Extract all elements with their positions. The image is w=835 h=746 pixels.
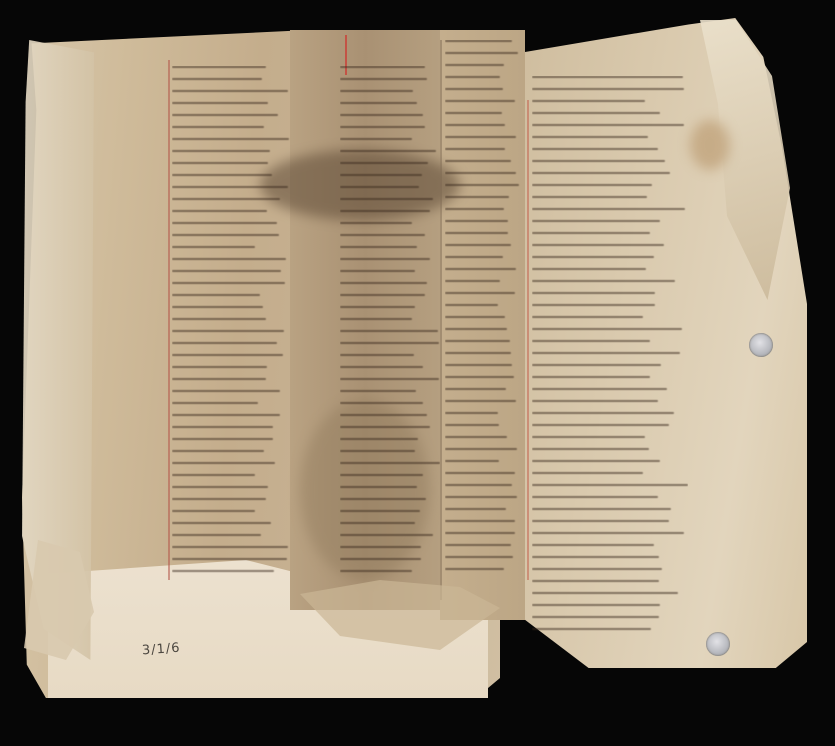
script-line xyxy=(172,210,267,212)
script-line xyxy=(532,208,685,210)
script-line xyxy=(445,244,511,246)
script-line xyxy=(172,318,266,320)
script-line xyxy=(532,112,660,114)
script-line xyxy=(172,438,273,440)
script-line xyxy=(445,544,511,546)
script-line xyxy=(532,424,669,426)
script-line xyxy=(532,436,645,438)
script-line xyxy=(445,364,512,366)
script-line xyxy=(340,402,423,404)
script-line xyxy=(532,412,674,414)
fold-line xyxy=(440,40,442,600)
script-line xyxy=(340,414,427,416)
script-line xyxy=(445,388,506,390)
script-line xyxy=(340,486,417,488)
script-line xyxy=(532,364,661,366)
script-line xyxy=(445,352,511,354)
script-line xyxy=(532,316,643,318)
script-line xyxy=(445,304,498,306)
script-line xyxy=(532,532,684,534)
script-line xyxy=(172,186,288,188)
script-line xyxy=(532,508,671,510)
script-line xyxy=(340,138,412,140)
script-line xyxy=(340,66,425,68)
script-line xyxy=(172,102,268,104)
script-line xyxy=(532,388,667,390)
script-line xyxy=(445,340,510,342)
script-line xyxy=(340,102,417,104)
script-line xyxy=(172,174,272,176)
script-line xyxy=(340,198,433,200)
script-line xyxy=(445,184,519,186)
script-line xyxy=(532,376,650,378)
script-line xyxy=(532,124,684,126)
script-line xyxy=(445,172,516,174)
script-line xyxy=(445,40,512,42)
script-line xyxy=(340,246,417,248)
script-line xyxy=(340,294,425,296)
script-line xyxy=(445,328,507,330)
script-line xyxy=(340,318,412,320)
script-line xyxy=(172,546,288,548)
script-line xyxy=(445,196,509,198)
script-line xyxy=(172,342,277,344)
script-line xyxy=(340,210,430,212)
script-line xyxy=(172,486,268,488)
script-line xyxy=(340,162,428,164)
text-column-1 xyxy=(172,66,290,586)
script-line xyxy=(172,150,270,152)
script-line xyxy=(172,126,264,128)
script-line xyxy=(445,148,505,150)
script-line xyxy=(172,282,285,284)
script-line xyxy=(340,78,427,80)
script-line xyxy=(445,76,500,78)
script-line xyxy=(532,100,645,102)
script-line xyxy=(445,160,511,162)
script-line xyxy=(445,400,516,402)
script-line xyxy=(445,508,506,510)
script-line xyxy=(445,112,502,114)
script-line xyxy=(172,258,286,260)
script-line xyxy=(340,150,436,152)
script-line xyxy=(532,544,654,546)
rubric-line xyxy=(168,60,170,580)
script-line xyxy=(172,462,275,464)
script-line xyxy=(445,448,517,450)
script-line xyxy=(340,558,421,560)
script-line xyxy=(532,448,649,450)
script-line xyxy=(532,604,660,606)
script-line xyxy=(445,52,518,54)
script-line xyxy=(172,450,264,452)
script-line xyxy=(340,426,430,428)
manuscript-photo: 3/1/6 xyxy=(0,0,835,746)
script-line xyxy=(445,100,515,102)
script-line xyxy=(340,546,421,548)
script-line xyxy=(340,366,423,368)
script-line xyxy=(172,114,278,116)
script-line xyxy=(340,534,433,536)
script-line xyxy=(532,280,675,282)
script-line xyxy=(340,258,430,260)
script-line xyxy=(340,570,412,572)
script-line xyxy=(340,510,420,512)
text-column-2 xyxy=(340,66,440,586)
script-line xyxy=(172,138,289,140)
script-line xyxy=(340,186,419,188)
script-line xyxy=(172,558,287,560)
script-line xyxy=(340,354,414,356)
script-line xyxy=(445,256,503,258)
script-line xyxy=(532,592,678,594)
text-column-3 xyxy=(445,40,520,580)
script-line xyxy=(340,390,416,392)
script-line xyxy=(532,400,658,402)
script-line xyxy=(172,426,273,428)
script-line xyxy=(532,256,654,258)
script-line xyxy=(340,282,427,284)
script-line xyxy=(445,484,512,486)
script-line xyxy=(172,306,263,308)
script-line xyxy=(445,280,500,282)
script-line xyxy=(532,220,660,222)
script-line xyxy=(340,306,415,308)
script-line xyxy=(172,498,266,500)
script-line xyxy=(445,520,515,522)
script-line xyxy=(532,196,647,198)
script-line xyxy=(532,472,643,474)
script-line xyxy=(172,294,260,296)
script-line xyxy=(445,208,504,210)
script-line xyxy=(172,330,284,332)
script-line xyxy=(172,354,283,356)
mount-hole xyxy=(706,632,730,656)
script-line xyxy=(445,424,499,426)
script-line xyxy=(172,234,279,236)
script-line xyxy=(445,412,498,414)
script-line xyxy=(340,126,425,128)
script-line xyxy=(340,498,426,500)
script-line xyxy=(445,64,504,66)
script-line xyxy=(340,342,439,344)
script-line xyxy=(532,292,655,294)
script-line xyxy=(172,510,255,512)
script-line xyxy=(172,522,271,524)
script-line xyxy=(445,556,513,558)
script-line xyxy=(532,496,658,498)
script-line xyxy=(340,474,423,476)
script-line xyxy=(340,522,415,524)
script-line xyxy=(532,616,659,618)
script-line xyxy=(445,436,507,438)
script-line xyxy=(340,222,412,224)
script-line xyxy=(532,484,688,486)
script-line xyxy=(172,414,280,416)
script-line xyxy=(172,162,268,164)
script-line xyxy=(532,172,670,174)
script-line xyxy=(172,402,258,404)
stain xyxy=(690,120,730,170)
script-line xyxy=(532,520,669,522)
script-line xyxy=(532,556,659,558)
script-line xyxy=(445,220,508,222)
script-line xyxy=(532,136,648,138)
script-line xyxy=(532,328,682,330)
script-line xyxy=(532,88,684,90)
script-line xyxy=(340,114,423,116)
script-line xyxy=(172,78,262,80)
script-line xyxy=(172,366,267,368)
script-line xyxy=(532,148,658,150)
script-line xyxy=(340,174,422,176)
script-line xyxy=(445,136,516,138)
script-line xyxy=(445,496,517,498)
script-line xyxy=(445,460,499,462)
shelf-mark: 3/1/6 xyxy=(142,641,182,659)
script-line xyxy=(532,580,659,582)
script-line xyxy=(172,90,288,92)
script-line xyxy=(532,304,655,306)
script-line xyxy=(532,460,660,462)
script-line xyxy=(445,124,505,126)
script-line xyxy=(445,532,515,534)
script-line xyxy=(172,270,281,272)
script-line xyxy=(340,462,440,464)
script-line xyxy=(340,330,438,332)
script-line xyxy=(445,292,515,294)
script-line xyxy=(445,472,515,474)
script-line xyxy=(172,246,255,248)
script-line xyxy=(532,340,650,342)
script-line xyxy=(172,198,280,200)
script-line xyxy=(532,160,665,162)
script-line xyxy=(445,232,508,234)
script-line xyxy=(172,474,255,476)
script-line xyxy=(445,376,514,378)
rubric-line xyxy=(527,100,529,580)
script-line xyxy=(532,244,664,246)
script-line xyxy=(532,76,683,78)
script-line xyxy=(340,90,413,92)
text-column-4 xyxy=(532,76,688,646)
script-line xyxy=(532,568,662,570)
script-line xyxy=(340,234,425,236)
script-line xyxy=(532,352,680,354)
script-line xyxy=(172,222,277,224)
script-line xyxy=(445,316,505,318)
script-line xyxy=(172,66,266,68)
script-line xyxy=(340,438,418,440)
script-line xyxy=(445,568,504,570)
script-line xyxy=(172,570,274,572)
script-line xyxy=(172,378,266,380)
script-line xyxy=(340,270,415,272)
script-line xyxy=(532,184,652,186)
mount-hole xyxy=(749,333,773,357)
script-line xyxy=(532,628,651,630)
script-line xyxy=(172,534,261,536)
script-line xyxy=(172,390,280,392)
script-line xyxy=(445,268,516,270)
script-line xyxy=(445,88,503,90)
script-line xyxy=(340,378,439,380)
script-line xyxy=(340,450,415,452)
script-line xyxy=(532,232,650,234)
script-line xyxy=(532,268,646,270)
